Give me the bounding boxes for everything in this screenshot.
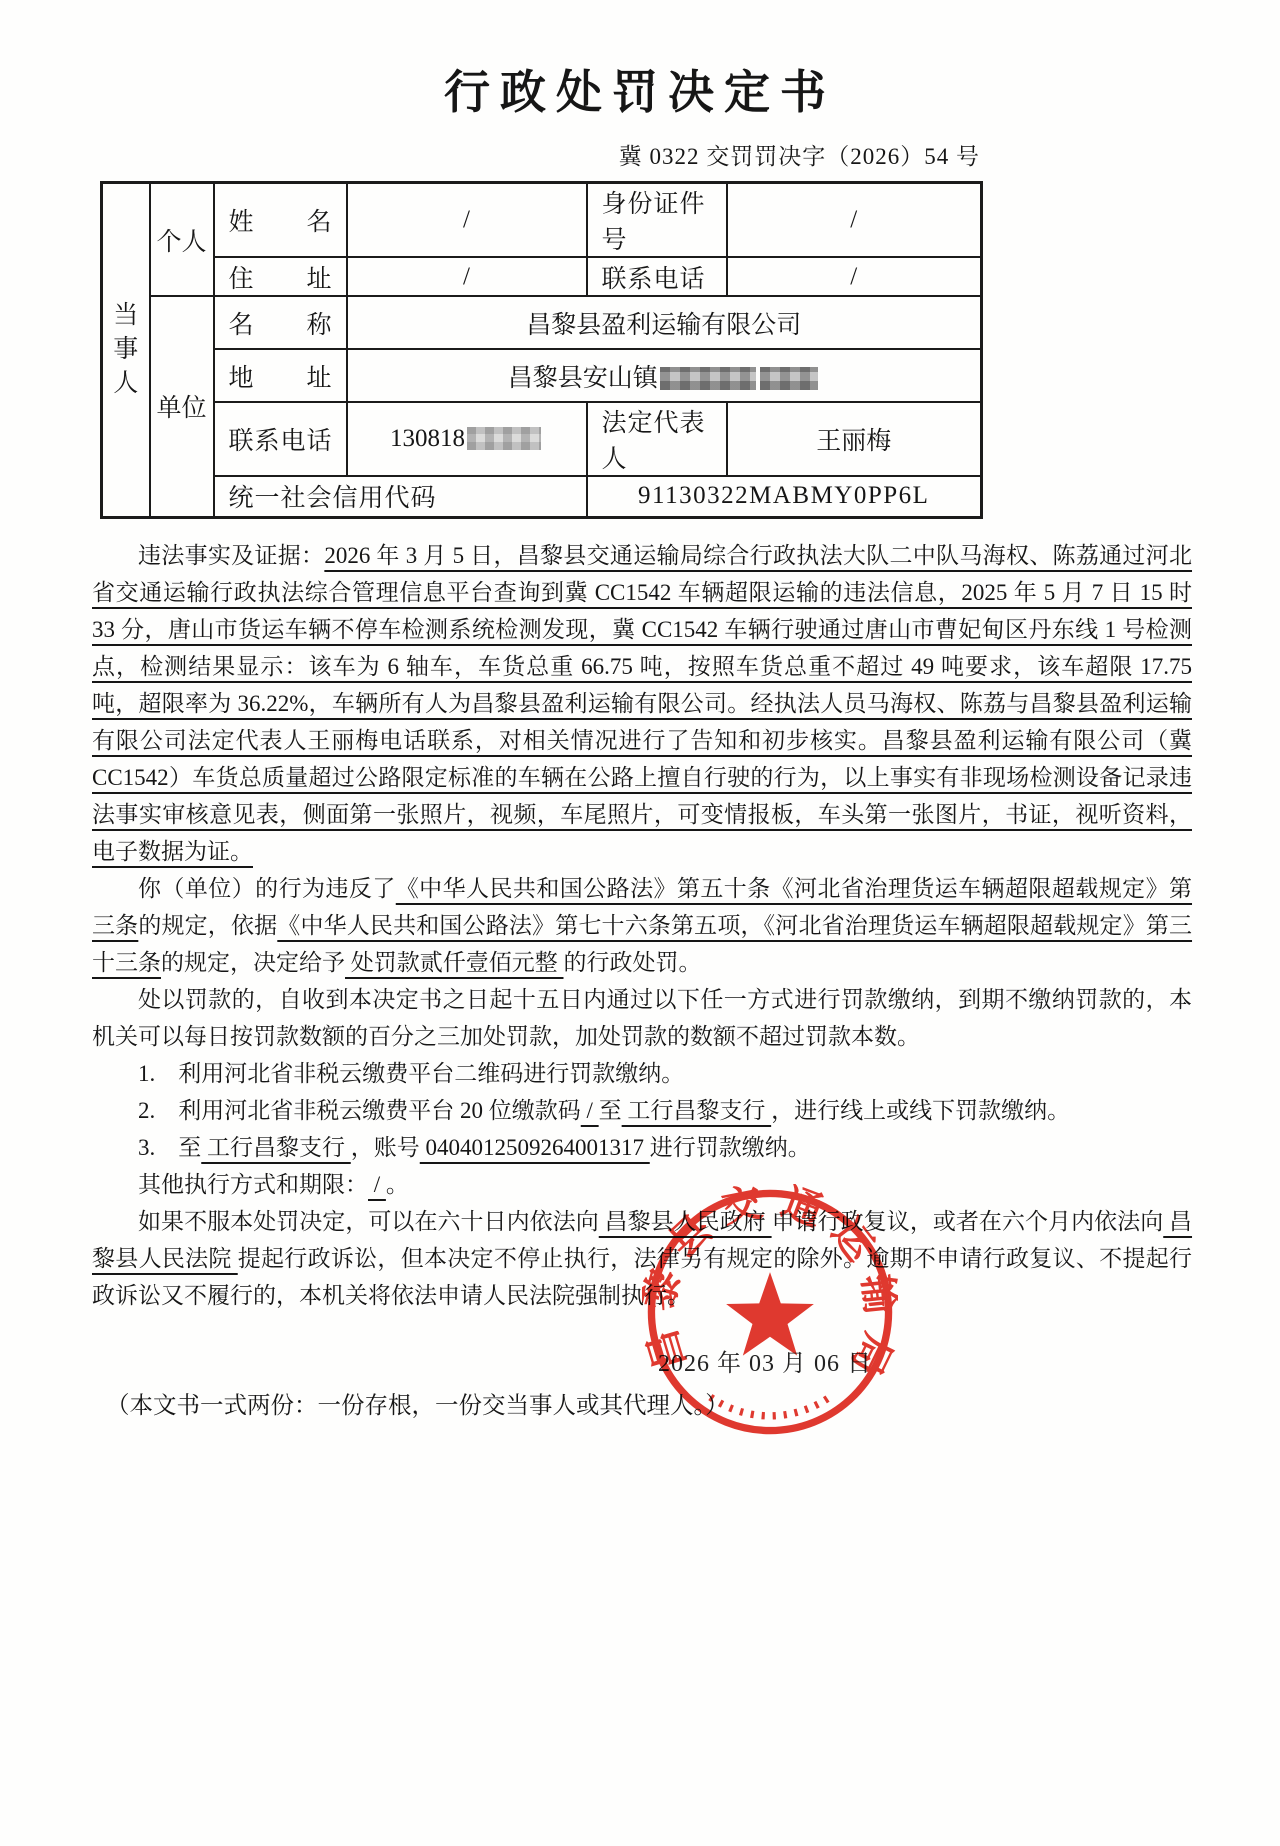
unit-phone-value: 130818 — [347, 402, 587, 476]
redacted-block — [467, 427, 541, 450]
unit-phone-label: 联系电话 — [214, 402, 347, 476]
unit-phone-text: 130818 — [390, 425, 465, 452]
payment-method-1: 1. 利用河北省非税云缴费平台二维码进行罚款缴纳。 — [92, 1055, 1192, 1092]
method-2-seg: ，进行线上或线下罚款缴纳。 — [771, 1098, 1070, 1123]
person-name-label: 姓 名 — [214, 183, 347, 258]
table-row: 联系电话 130818 法定代表人 王丽梅 — [102, 402, 982, 476]
legal-rep-value: 王丽梅 — [727, 402, 982, 476]
page-title: 行政处罚决定书 — [0, 0, 1280, 122]
credit-code-value: 91130322MABMY0PP6L — [587, 476, 982, 517]
party-label-line1: 当事 — [107, 299, 145, 367]
redacted-block — [760, 367, 818, 390]
signature-area: 2026 年 03 月 06 日 昌黎县交通运输局 （本文书一式两份：一份存根，… — [0, 1180, 1280, 1846]
bank-name: 工行昌黎支行 — [622, 1098, 772, 1123]
document-number: 冀 0322 交罚罚决字（2026）54 号 — [100, 138, 980, 171]
legal-basis-seg: 的规定，决定给予 — [161, 950, 345, 975]
method-2-seg: 至 — [599, 1098, 622, 1123]
method-2-seg: 2. 利用河北省非税云缴费平台 20 位缴款码 — [138, 1098, 581, 1123]
bank-name: 工行昌黎支行 — [201, 1135, 351, 1160]
table-row: 住 址 / 联系电话 / — [102, 257, 982, 296]
person-phone-value: / — [727, 257, 982, 296]
person-addr-label: 住 址 — [214, 257, 347, 296]
person-phone-label: 联系电话 — [587, 257, 727, 296]
unit-addr-value: 昌黎县安山镇 — [347, 349, 982, 402]
footer-note: （本文书一式两份：一份存根，一份交当事人或其代理人。） — [106, 1386, 729, 1420]
payment-method-3: 3. 至 工行昌黎支行 ，账号 0404012509264001317 进行罚款… — [92, 1129, 1192, 1166]
unit-name-value: 昌黎县盈利运输有限公司 — [347, 296, 982, 349]
legal-rep-label: 法定代表人 — [587, 402, 727, 476]
table-row: 单位 名 称 昌黎县盈利运输有限公司 — [102, 296, 982, 349]
payment-deadline-paragraph: 处以罚款的，自收到本决定书之日起十五日内通过以下任一方式进行罚款缴纳，到期不缴纳… — [92, 981, 1192, 1055]
method-3-seg: 进行罚款缴纳。 — [650, 1135, 811, 1160]
method-3-seg: 3. 至 — [138, 1135, 201, 1160]
legal-basis-seg: 的行政处罚。 — [564, 950, 702, 975]
table-row: 统一社会信用代码 91130322MABMY0PP6L — [102, 476, 982, 517]
facts-label: 违法事实及证据： — [138, 543, 324, 568]
bank-account-number: 0404012509264001317 — [420, 1135, 650, 1160]
party-label-cell: 当事 人 — [102, 183, 150, 518]
person-name-value: / — [347, 183, 587, 258]
facts-paragraph: 违法事实及证据：2026 年 3 月 5 日，昌黎县交通运输局综合行政执法大队二… — [92, 537, 1192, 870]
legal-basis-paragraph: 你（单位）的行为违反了《中华人民共和国公路法》第五十条《河北省治理货运车辆超限超… — [92, 870, 1192, 981]
unit-name-label: 名 称 — [214, 296, 347, 349]
payment-method-2: 2. 利用河北省非税云缴费平台 20 位缴款码 / 至 工行昌黎支行 ，进行线上… — [92, 1092, 1192, 1129]
facts-text: 2026 年 3 月 5 日，昌黎县交通运输局综合行政执法大队二中队马海权、陈荔… — [92, 543, 1192, 864]
party-info-table: 当事 人 个人 姓 名 / 身份证件号 / 住 址 / 联系电话 / 单位 名 … — [100, 181, 983, 519]
table-row: 地 址 昌黎县安山镇 — [102, 349, 982, 402]
penalty-amount: 处罚款贰仟壹佰元整 — [345, 950, 564, 975]
credit-code-label: 统一社会信用代码 — [214, 476, 587, 517]
table-row: 当事 人 个人 姓 名 / 身份证件号 / — [102, 183, 982, 258]
penalty-decision-document: 行政处罚决定书 冀 0322 交罚罚决字（2026）54 号 当事 人 个人 姓… — [0, 0, 1280, 1846]
redacted-block — [660, 367, 756, 390]
person-id-value: / — [727, 183, 982, 258]
unit-addr-text: 昌黎县安山镇 — [508, 365, 658, 392]
legal-basis-seg: 的规定，依据 — [138, 913, 277, 938]
person-id-label: 身份证件号 — [587, 183, 727, 258]
payment-code: / — [581, 1098, 599, 1123]
star-icon — [726, 1272, 814, 1356]
method-3-seg: ，账号 — [351, 1135, 420, 1160]
party-label-line2: 人 — [107, 367, 145, 401]
legal-basis-seg: 你（单位）的行为违反了 — [138, 876, 396, 901]
unit-group-cell: 单位 — [150, 296, 214, 517]
unit-addr-label: 地 址 — [214, 349, 347, 402]
person-group-cell: 个人 — [150, 183, 214, 297]
person-addr-value: / — [347, 257, 587, 296]
